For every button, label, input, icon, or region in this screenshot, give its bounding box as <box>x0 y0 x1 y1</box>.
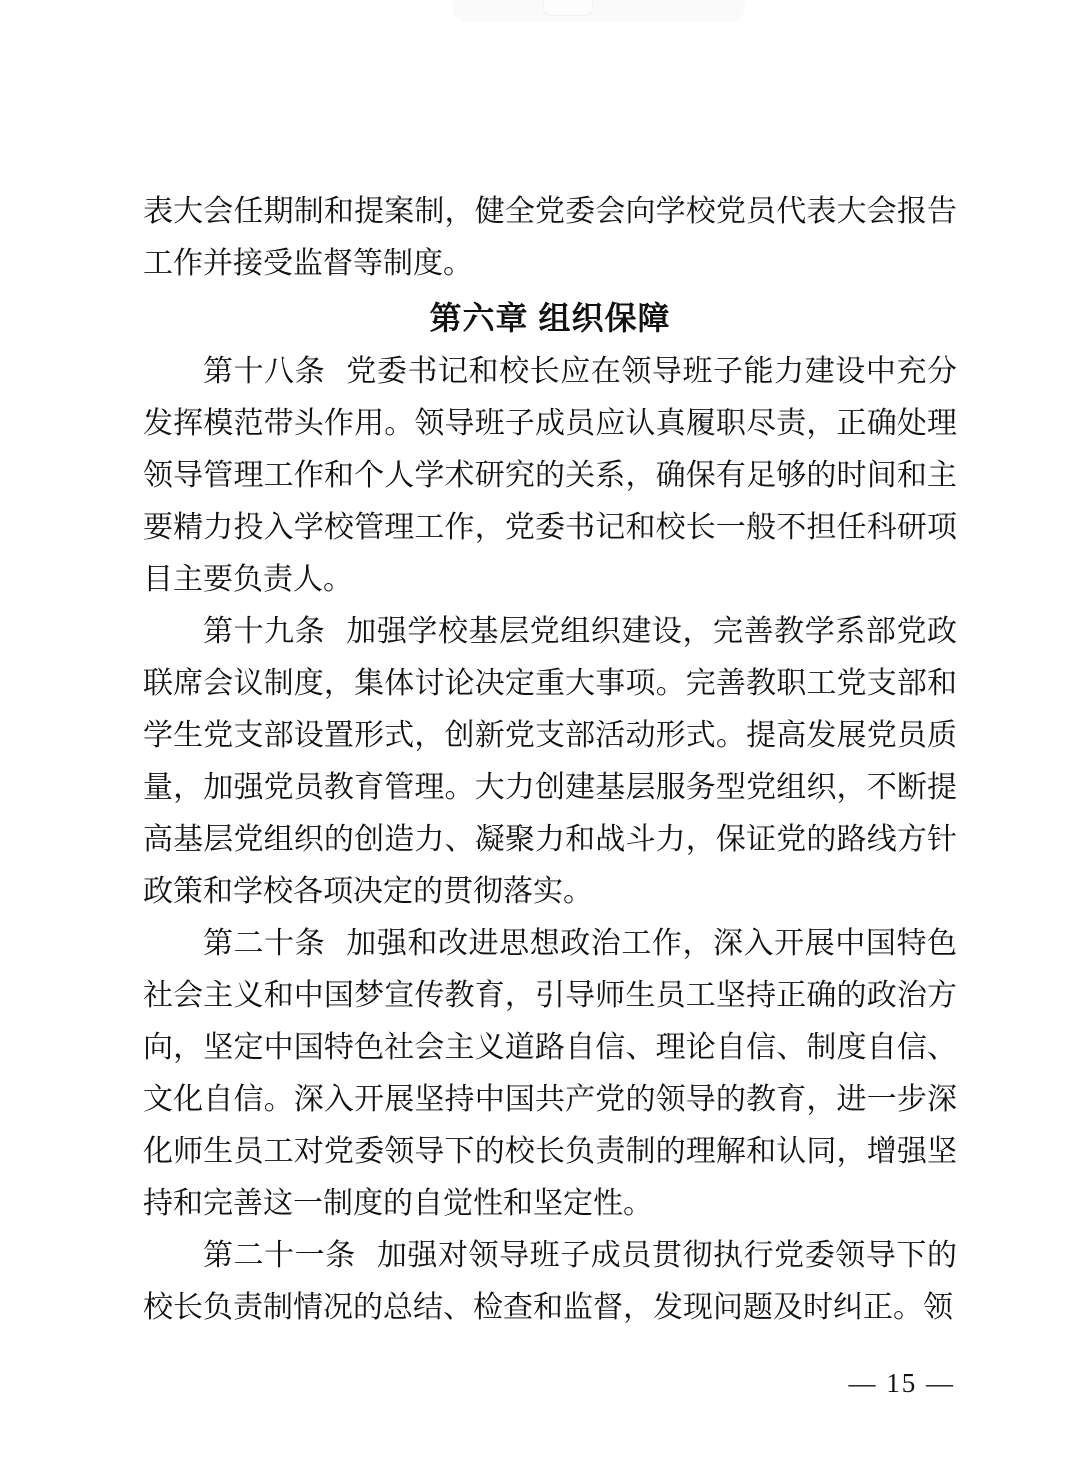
article-title: 第二十条 <box>203 927 325 960</box>
article-paragraph-19: 第十九条加强学校基层党组织建设，完善教学系部党政联席会议制度，集体讨论决定重大事… <box>143 606 957 918</box>
page-number: — 15 — <box>849 1366 956 1400</box>
article-text: 加强和改进思想政治工作，深入开展中国特色社会主义和中国梦宣传教育，引导师生员工坚… <box>143 927 957 1220</box>
article-title: 第十九条 <box>203 615 325 648</box>
panel-handle-tab-icon <box>543 0 593 16</box>
article-paragraph-20: 第二十条加强和改进思想政治工作，深入开展中国特色社会主义和中国梦宣传教育，引导师… <box>143 918 957 1230</box>
document-page: 表大会任期制和提案制，健全党委会向学校党员代表大会报告工作并接受监督等制度。 第… <box>143 186 957 1334</box>
article-text: 党委书记和校长应在领导班子能力建设中充分发挥模范带头作用。领导班子成员应认真履职… <box>143 355 957 596</box>
floating-panel-remnant <box>453 0 744 22</box>
article-title: 第十八条 <box>203 355 325 388</box>
chapter-heading: 第六章 组织保障 <box>143 290 957 346</box>
article-text: 加强学校基层党组织建设，完善教学系部党政联席会议制度，集体讨论决定重大事项。完善… <box>143 615 957 908</box>
continuation-paragraph: 表大会任期制和提案制，健全党委会向学校党员代表大会报告工作并接受监督等制度。 <box>143 186 957 290</box>
article-paragraph-21: 第二十一条加强对领导班子成员贯彻执行党委领导下的校长负责制情况的总结、检查和监督… <box>143 1230 957 1334</box>
article-title: 第二十一条 <box>203 1239 356 1272</box>
article-paragraph-18: 第十八条党委书记和校长应在领导班子能力建设中充分发挥模范带头作用。领导班子成员应… <box>143 346 957 606</box>
